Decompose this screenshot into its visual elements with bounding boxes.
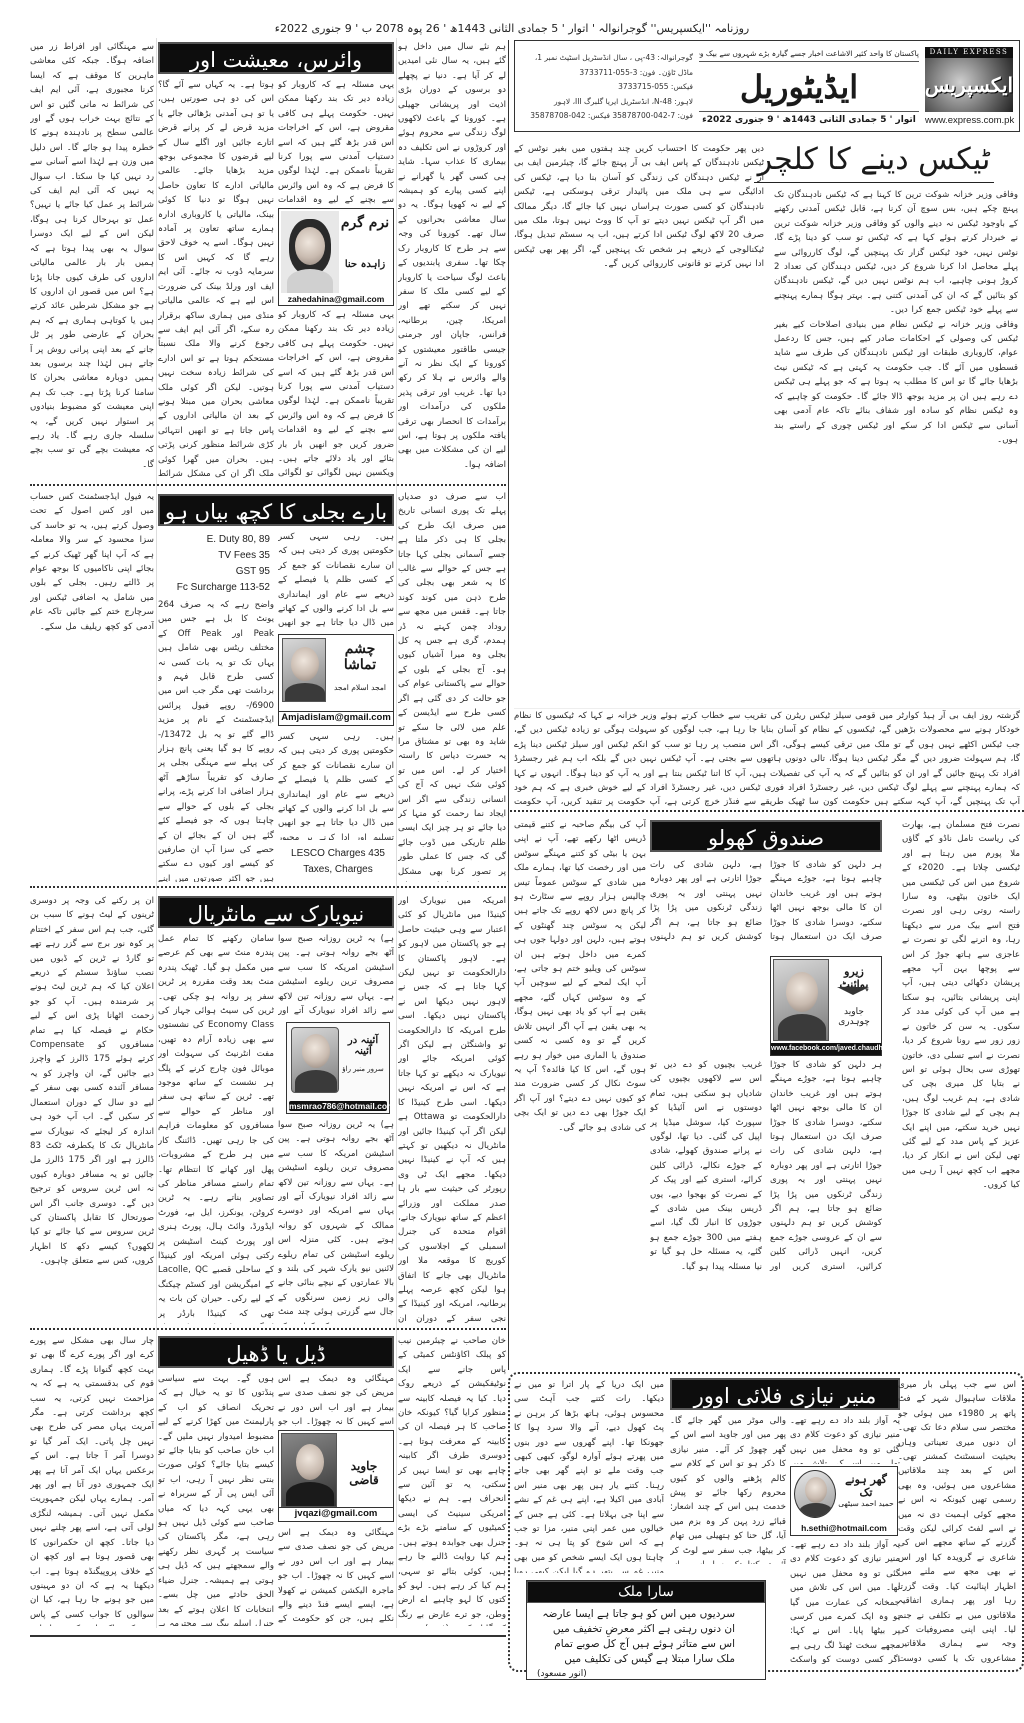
munir-column-left: میں ایک دریا کے پار اترا تو میں نے دیکھا… <box>514 1378 664 1573</box>
column-title-deal: ڈیل یا ڈھیل <box>158 1336 394 1368</box>
newyork-column-mid2: ہے) یہ ٹرین روزانہ صبح سوا آٹھ بجے روانہ… <box>278 1118 394 1324</box>
virus-column-left2: ہوتا ہے۔ یہ کہاں سے آئے گا؟ اس کی دو ہی … <box>158 78 274 480</box>
address-line: گوجرانوالہ: 43-پی ، سال انڈسٹریل اسٹیٹ ن… <box>523 51 693 66</box>
sandooq-column-mid: ہر دلہن کو شادی کا جوڑا چاہیے ہوتا ہے، ج… <box>650 858 882 954</box>
author-name: جاوید چوہدری <box>829 1007 879 1027</box>
author-email[interactable]: zahedahina@gmail.com <box>279 294 393 304</box>
author-name: زاہدہ حنا <box>340 259 390 270</box>
author-shoulders <box>286 1482 334 1507</box>
author-photo <box>773 959 829 1041</box>
poem-line: سردیوں میں اس کو ہو جاتا ہے ایسا عارضہ <box>537 1607 735 1622</box>
author-photo <box>282 638 326 702</box>
newyork-column-far-left: ان پر رکنے کی وجہ پر دوسری ٹرینوں کے لیٹ… <box>30 894 154 1324</box>
saara-mulk-box: سارا ملک سردیوں میں اس کو ہو جاتا ہے ایس… <box>526 1580 766 1680</box>
column-divider <box>156 38 157 1628</box>
bijli-column-mid2: ہیں۔ رہی سہی کسر حکومتیں پوری کر دیتی ہی… <box>278 730 394 840</box>
brand-top-label: DAILY EXPRESS <box>925 47 1013 58</box>
column-logo: گھر ہونے تک <box>838 1473 894 1499</box>
author-shoulders <box>295 1070 337 1093</box>
virus-column-right: ہم نئے سال میں داخل ہو گئے ہیں، یہ سال ن… <box>398 40 506 480</box>
column-logo: نرم گرم <box>340 215 390 231</box>
masthead-box: DAILY EXPRESS ایکسپریس www.express.com.p… <box>514 40 1020 132</box>
sandooq-column-right: نصرت فتح مسلمان ہے، بھارت کی ریاست تامل … <box>902 818 1020 1378</box>
virus-column-mid: یہی مسئلہ ہے کہ کاروبار کو زیادہ دیر تک … <box>278 78 394 206</box>
editorial-headline: ٹیکس دینے کا کلچر <box>754 138 994 183</box>
website-link[interactable]: www.express.com.pk <box>925 115 1013 126</box>
author-face <box>805 1477 827 1503</box>
bill-line: GST 95 <box>164 564 270 580</box>
munir-column-mid2: یہ آواز بلند داد دے رہے تھے۔ منیر نیازی … <box>790 1538 900 1666</box>
sandooq-author-box: زیرو پوائنٹ جاوید چوہدری www.facebook.co… <box>770 956 882 1056</box>
virus-column-mid2: یہی مسئلہ ہے کہ کاروبار کو زیادہ دیر تک … <box>278 308 394 480</box>
column-title-bijli: بارے بجلی کا کچھ بیاں ہو جائے <box>158 494 394 526</box>
munir-column-left2: والی موٹر میں گھر جائے گا۔ پھر میں اور ج… <box>670 1414 786 1564</box>
column-title-virus: وائرس، معیشت اور سیاست <box>158 42 394 74</box>
poem-line: ان دنوں رہتی ہے اکثر معرضِ تخفیف میں <box>537 1622 735 1637</box>
bijli-column-mid: ہیں۔ رہی سہی کسر حکومتیں پوری کر دیتی ہی… <box>278 530 394 630</box>
section-divider <box>30 1328 506 1330</box>
newyork-author-box: آئینہ در آئینہ سرور منیر راؤ msmrao786@h… <box>286 1022 390 1114</box>
section-divider <box>30 484 506 486</box>
page-bottom-rule <box>30 1635 506 1637</box>
virus-author-box: نرم گرم زاہدہ حنا zahedahina@gmail.com <box>278 208 394 306</box>
deal-column-mid2: مہنگائی وہ دیمک ہے اس مریض کی جو نصف صدی… <box>278 1526 394 1626</box>
editorial-bottom-wide: گزشتہ روز ایف بی آر ہیڈ کوارٹر میں قومی … <box>514 708 1020 808</box>
poem: سردیوں میں اس کو ہو جاتا ہے ایسا عارضہ ا… <box>527 1603 765 1682</box>
bill-line: LESCO Charges 435 <box>286 846 390 862</box>
author-shoulders <box>778 1014 826 1041</box>
munir-column-mid: یہ آواز بلند داد دے رہے تھے۔ منیر نیازی … <box>790 1414 900 1464</box>
bill-charges-list: E. Duty 80, 89 TV Fees 35 GST 95 Fc Surc… <box>164 532 270 596</box>
author-name: جاوید قاضی <box>338 1459 390 1487</box>
author-face <box>296 1444 324 1480</box>
editorial-paragraph: وفاقی وزیر خزانہ شوکت ترین کا کہنا ہے کہ… <box>774 188 1018 318</box>
address-line: فیکس: 055-3733715 <box>523 80 693 95</box>
bill-line: Taxes, Charges <box>286 862 390 878</box>
section-title: ایڈیٹوریل <box>709 67 889 107</box>
bijli-column-left: واضح رہے کہ یہ صرف 264 یونٹ کا بل ہے جس … <box>158 598 274 882</box>
column-logo: آئینہ در آئینہ <box>340 1035 386 1057</box>
newyork-column-left: سامان رکھنے کا تمام عمل پندرہ منٹ سے بھی… <box>158 932 274 1324</box>
sandooq-column-left: آپ کی بیگم صاحبہ نے کتنے قیمتی ڈریس اٹھا… <box>514 818 646 1370</box>
editorial-column-right: وفاقی وزیر خزانہ شوکت ترین کا کہنا ہے کہ… <box>774 188 1018 718</box>
column-title-munir: منیر نیازی فلائی اوور <box>670 1378 900 1410</box>
author-shoulders <box>799 1503 833 1518</box>
virus-column-left: سے مہنگائی اور افراط زر میں اضافہ ہوگا۔ … <box>30 40 154 480</box>
deal-column-left2: ہوں گے۔ بہت سے سیاسی پنڈتوں کا تو یہ خیا… <box>158 1372 274 1626</box>
bijli-author-box: چشم تماشا امجد اسلام امجد Amjadislam@gma… <box>278 634 394 726</box>
column-logo: چشم تماشا <box>330 641 390 673</box>
column-title-saara-mulk: سارا ملک <box>527 1581 765 1603</box>
column-divider <box>508 40 509 1370</box>
chevron-down-icon <box>837 987 869 995</box>
munir-author-box: گھر ہونے تک حمید احمد سیٹھی h.sethi@hotm… <box>790 1466 898 1536</box>
author-photo <box>291 1027 339 1093</box>
author-face <box>295 227 325 265</box>
munir-column-right: اس سے جب پہلی بار میری ملاقات ساہیوال شہ… <box>898 1378 1016 1663</box>
author-email[interactable]: h.sethi@hotmail.com <box>791 1523 897 1533</box>
address-line: ماڈل ٹاؤن۔ فون: 3-055-3733711 <box>523 66 693 81</box>
editorial-paragraph: وفاقی وزیر خزانہ نے ٹیکس نظام میں بنیادی… <box>774 318 1018 448</box>
bill-line: E. Duty 80, 89 <box>164 532 270 548</box>
column-divider <box>396 38 397 1628</box>
address-line: لاہور: 48-N، انڈسٹریل ایریا گلبرگ III، ل… <box>523 95 693 110</box>
bill-line: TV Fees 35 <box>164 548 270 564</box>
brand-logo-block: DAILY EXPRESS ایکسپریس www.express.com.p… <box>925 47 1013 127</box>
editorial-column-left: دیں پھر حکومت کا احتساب کریں چند ہفتوں م… <box>514 142 764 720</box>
brand-logo-text: ایکسپریس <box>925 73 1013 97</box>
lesco-charges-list: LESCO Charges 435 Taxes, Charges <box>286 846 390 878</box>
column-title-sandooq: صندوق کھولو <box>650 820 882 852</box>
author-shoulders <box>285 683 325 702</box>
editorial-paragraph: گزشتہ روز ایف بی آر ہیڈ کوارٹر میں قومی … <box>514 709 1020 808</box>
masthead-date: اتوار ' 5 جمادی الثانی 1443ھ ' 9 جنوری 2… <box>699 111 919 125</box>
masthead-tagline: پاکستان کا واحد کثیر الاشاعت اخبار جسے گ… <box>699 49 919 62</box>
author-photo <box>281 1433 337 1507</box>
deal-column-mid: مہنگائی وہ دیمک ہے اس مریض کی جو نصف صدی… <box>278 1372 394 1430</box>
author-shoulders <box>287 269 333 293</box>
poet-name: (انور مسعود) <box>537 1667 735 1682</box>
author-email[interactable]: msmrao786@hotmail.com <box>289 1101 387 1111</box>
author-photo <box>281 211 339 293</box>
deal-author-box: جاوید قاضی jvqazi@gmail.com <box>278 1430 394 1522</box>
newyork-column-mid: ہے) یہ ٹرین روزانہ صبح سوا آٹھ بجے روانہ… <box>278 932 394 1018</box>
author-name: حمید احمد سیٹھی <box>838 1499 894 1508</box>
poem-line: ملک سارا مبتلا ہے گیس کی تکلیف میں <box>537 1652 735 1667</box>
author-name: امجد اسلام امجد <box>330 683 390 692</box>
author-email[interactable]: jvqazi@gmail.com <box>279 1507 393 1519</box>
brand-logo: ایکسپریس <box>925 58 1013 112</box>
section-divider <box>510 810 1024 812</box>
address-line: فون: 7-042-35878700 فیکس: 042-35878708 <box>523 109 693 124</box>
sandooq-column-mid2: ہر دلہن کو شادی کا جوڑا چاہیے ہوتا ہے، ج… <box>650 1058 882 1368</box>
newyork-column-right: امریکہ میں نیویارک اور کینیڈا میں مانٹری… <box>398 894 506 1324</box>
section-divider <box>30 886 506 888</box>
bijli-column-right: اب سے صرف دو صدیاں پہلے تک پوری انسانی ت… <box>398 490 506 882</box>
column-title-newyork: نیویارک سے مانٹریال <box>158 896 394 928</box>
author-face <box>302 1034 330 1068</box>
newspaper-page: DAILY EXPRESS ایکسپریس www.express.com.p… <box>30 38 1024 1678</box>
poem-line: اس سے متاثر ہوئے ہیں آج کل صوبے تمام <box>537 1637 735 1652</box>
author-face <box>291 647 319 681</box>
author-social-link[interactable]: www.facebook.com/javed.chaudhry <box>771 1043 881 1055</box>
bill-line: Fc Surcharge 113-52 <box>164 580 270 596</box>
author-email[interactable]: Amjadislam@gmail.com <box>279 711 393 723</box>
deal-column-right: خان صاحب نے چیئرمین نیب کو پبلک اکاؤنٹس … <box>398 1334 506 1626</box>
author-name: سرور منیر راؤ <box>340 1065 386 1073</box>
bijli-column-far-left: یہ فیول ایڈجسٹمنٹ کس حساب میں اور کس اصو… <box>30 490 154 882</box>
deal-column-left: چار سال بھی مشکل سے پورے کرے اور اگر پور… <box>30 1334 154 1626</box>
editorial-paragraph: دیں پھر حکومت کا احتساب کریں چند ہفتوں م… <box>514 142 764 272</box>
author-face <box>786 972 818 1012</box>
author-photo <box>794 1470 836 1518</box>
masthead-address: گوجرانوالہ: 43-پی ، سال انڈسٹریل اسٹیٹ ن… <box>523 51 693 124</box>
newspaper-dateline: روزنامہ ''ایکسپریس'' گوجرانوالہ ' اتوار … <box>0 22 1024 35</box>
